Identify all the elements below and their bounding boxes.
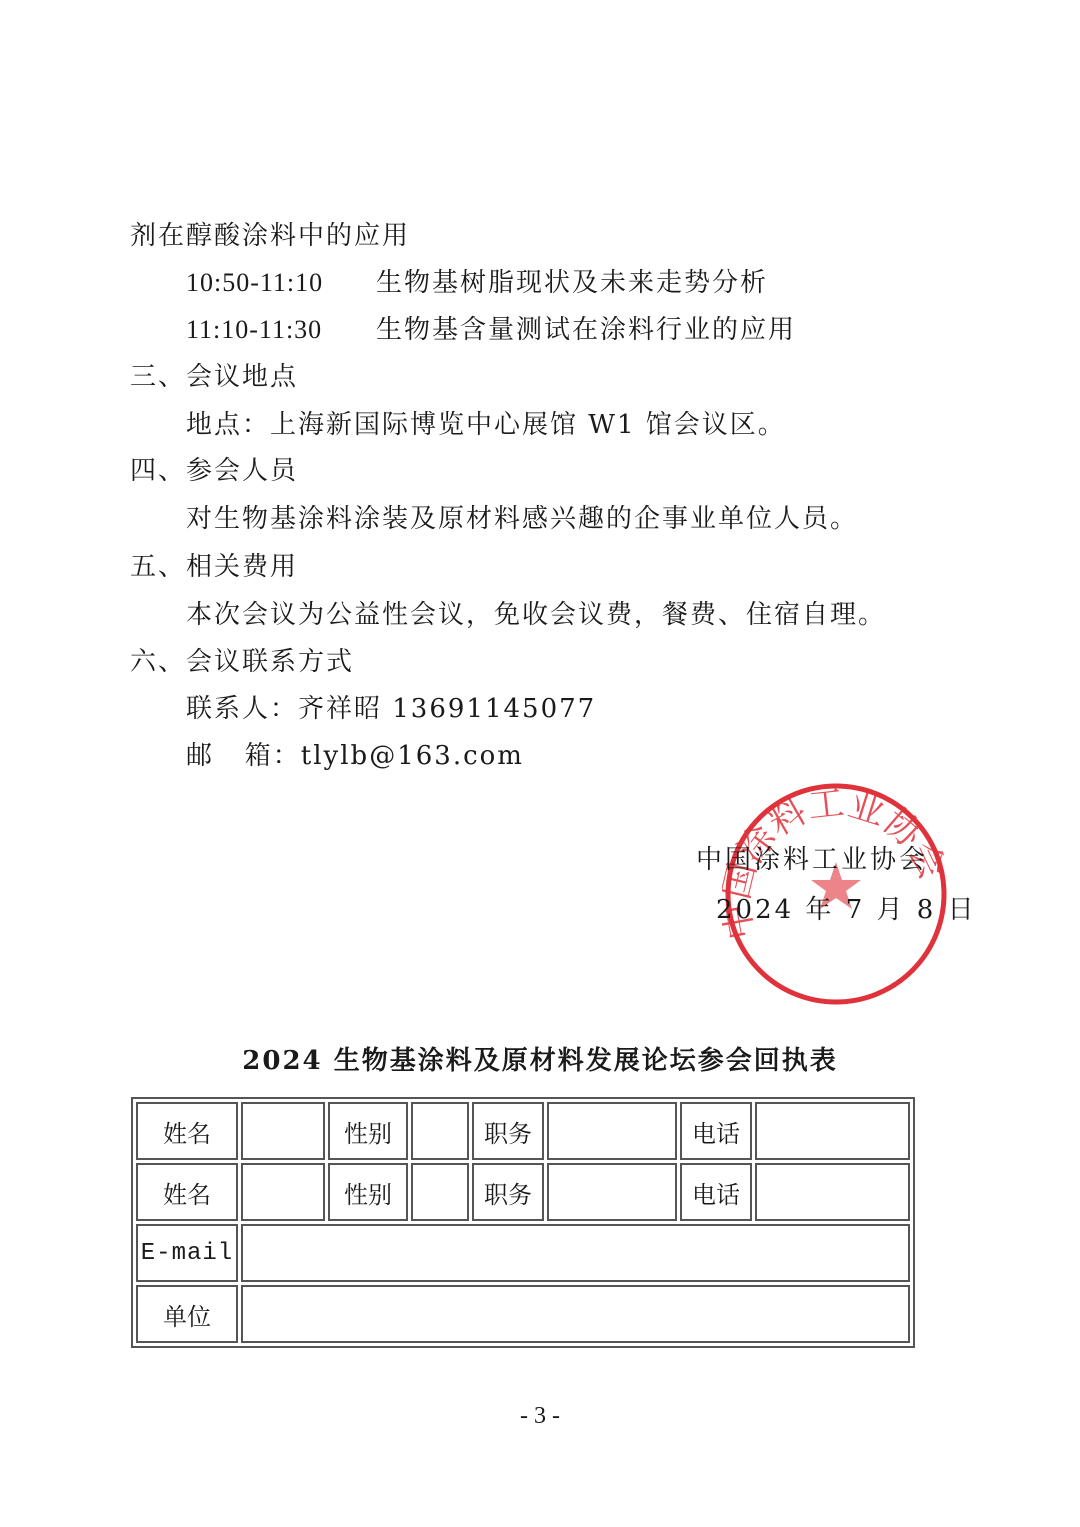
official-seal-icon: 中国涂料工业协会 xyxy=(722,780,950,1008)
schedule-topic: 生物基含量测试在涂料行业的应用 xyxy=(376,315,796,345)
gender-field[interactable] xyxy=(411,1163,469,1221)
schedule-time: 10:50-11:10 xyxy=(186,268,376,298)
label-name: 姓名 xyxy=(136,1102,238,1160)
label-email: E-mail xyxy=(136,1224,238,1282)
table-row: 单位 xyxy=(136,1285,910,1343)
signature-organization: 中国涂料工业协会 xyxy=(696,845,928,875)
continuation-text: 剂在醇酸涂料中的应用 xyxy=(130,221,410,251)
email-field[interactable] xyxy=(241,1224,910,1282)
contact-email: 邮 箱：tlylb@163.com xyxy=(186,741,524,771)
schedule-topic: 生物基树脂现状及未来走势分析 xyxy=(376,268,768,298)
section-heading-fees: 五、相关费用 xyxy=(130,552,298,582)
unit-field[interactable] xyxy=(241,1285,910,1343)
form-title: 2024 生物基涂料及原材料发展论坛参会回执表 xyxy=(0,1040,1080,1077)
label-name: 姓名 xyxy=(136,1163,238,1221)
phone-field[interactable] xyxy=(755,1102,910,1160)
label-position: 职务 xyxy=(472,1163,544,1221)
name-field[interactable] xyxy=(241,1102,325,1160)
section-heading-contact: 六、会议联系方式 xyxy=(130,647,354,677)
table-row: 姓名 性别 职务 电话 xyxy=(136,1102,910,1160)
label-unit: 单位 xyxy=(136,1285,238,1343)
label-gender: 性别 xyxy=(328,1102,408,1160)
fees-text: 本次会议为公益性会议，免收会议费，餐费、住宿自理。 xyxy=(186,600,886,630)
schedule-time: 11:10-11:30 xyxy=(186,315,376,345)
label-position: 职务 xyxy=(472,1102,544,1160)
venue-text: 地点：上海新国际博览中心展馆 W1 馆会议区。 xyxy=(186,410,786,440)
gender-field[interactable] xyxy=(411,1102,469,1160)
position-field[interactable] xyxy=(547,1102,677,1160)
table-row: E-mail xyxy=(136,1224,910,1282)
phone-field[interactable] xyxy=(755,1163,910,1221)
schedule-item: 11:10-11:30生物基含量测试在涂料行业的应用 xyxy=(186,315,796,345)
name-field[interactable] xyxy=(241,1163,325,1221)
label-gender: 性别 xyxy=(328,1163,408,1221)
section-heading-venue: 三、会议地点 xyxy=(130,362,298,392)
contact-person: 联系人：齐祥昭 13691145077 xyxy=(186,694,596,724)
registration-form-table: 姓名 性别 职务 电话 姓名 性别 职务 电话 E-mail 单位 xyxy=(131,1097,915,1348)
schedule-item: 10:50-11:10生物基树脂现状及未来走势分析 xyxy=(186,268,768,298)
label-phone: 电话 xyxy=(680,1102,752,1160)
page-number: - 3 - xyxy=(0,1403,1080,1430)
position-field[interactable] xyxy=(547,1163,677,1221)
label-phone: 电话 xyxy=(680,1163,752,1221)
table-row: 姓名 性别 职务 电话 xyxy=(136,1163,910,1221)
signature-date: 2024 年 7 月 8 日 xyxy=(716,895,977,925)
section-heading-attendees: 四、参会人员 xyxy=(130,456,298,486)
attendees-text: 对生物基涂料涂装及原材料感兴趣的企事业单位人员。 xyxy=(186,504,858,534)
